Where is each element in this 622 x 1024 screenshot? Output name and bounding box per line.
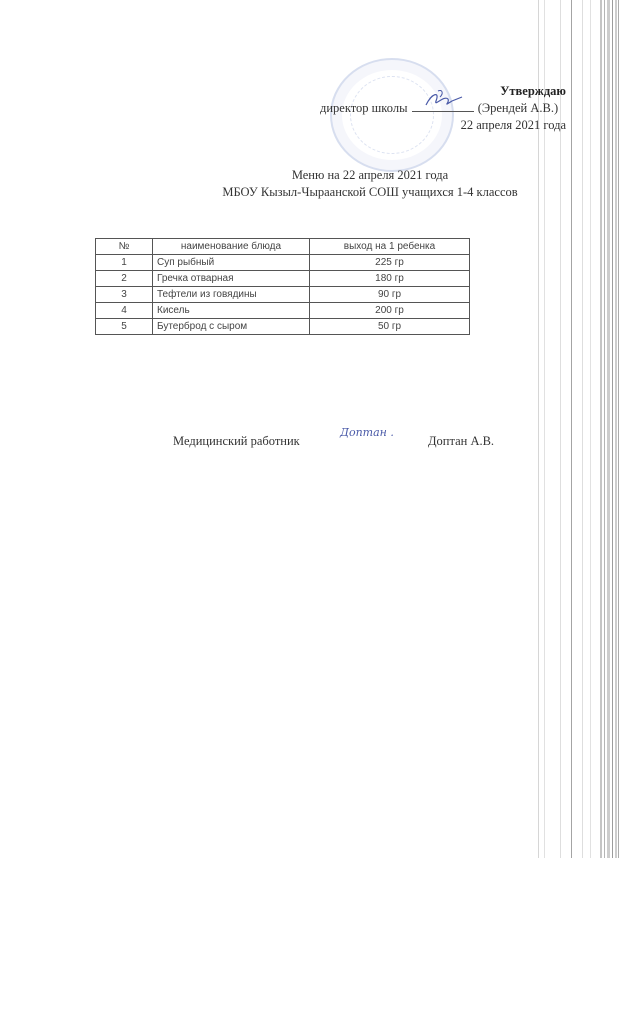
director-label: директор школы	[320, 101, 407, 115]
row-number: 3	[96, 287, 153, 303]
row-number: 5	[96, 319, 153, 335]
row-number: 4	[96, 303, 153, 319]
table-row: 5 Бутерброд с сыром 50 гр	[96, 319, 470, 335]
director-signature	[412, 101, 474, 112]
header-number: №	[96, 239, 153, 255]
row-number: 1	[96, 255, 153, 271]
portion-amount: 50 гр	[310, 319, 470, 335]
portion-amount: 180 гр	[310, 271, 470, 287]
table-row: 3 Тефтели из говядины 90 гр	[96, 287, 470, 303]
table-row: 4 Кисель 200 гр	[96, 303, 470, 319]
dish-name: Бутерброд с сыром	[153, 319, 310, 335]
table-row: 2 Гречка отварная 180 гр	[96, 271, 470, 287]
document-title: Меню на 22 апреля 2021 года	[0, 168, 622, 183]
portion-amount: 225 гр	[310, 255, 470, 271]
medical-worker-signature: Доптан .	[340, 426, 394, 439]
dish-name: Суп рыбный	[153, 255, 310, 271]
approval-title: Утверждаю	[500, 84, 566, 99]
header-portion: выход на 1 ребенка	[310, 239, 470, 255]
dish-name: Кисель	[153, 303, 310, 319]
dish-name: Гречка отварная	[153, 271, 310, 287]
approval-date: 22 апреля 2021 года	[461, 118, 566, 133]
document-subtitle: МБОУ Кызыл-Чыраанской СОШ учащихся 1-4 к…	[0, 185, 622, 200]
table-header-row: № наименование блюда выход на 1 ребенка	[96, 239, 470, 255]
row-number: 2	[96, 271, 153, 287]
portion-amount: 200 гр	[310, 303, 470, 319]
medical-worker-label: Медицинский работник	[173, 434, 300, 449]
portion-amount: 90 гр	[310, 287, 470, 303]
table-row: 1 Суп рыбный 225 гр	[96, 255, 470, 271]
director-name: (Эрендей А.В.)	[478, 101, 558, 115]
document-page: Утверждаю директор школы (Эрендей А.В.) …	[0, 0, 622, 1024]
menu-table: № наименование блюда выход на 1 ребенка …	[95, 238, 470, 335]
dish-name: Тефтели из говядины	[153, 287, 310, 303]
director-line: директор школы (Эрендей А.В.)	[320, 101, 558, 116]
header-dish-name: наименование блюда	[153, 239, 310, 255]
medical-worker-name: Доптан А.В.	[428, 434, 494, 449]
